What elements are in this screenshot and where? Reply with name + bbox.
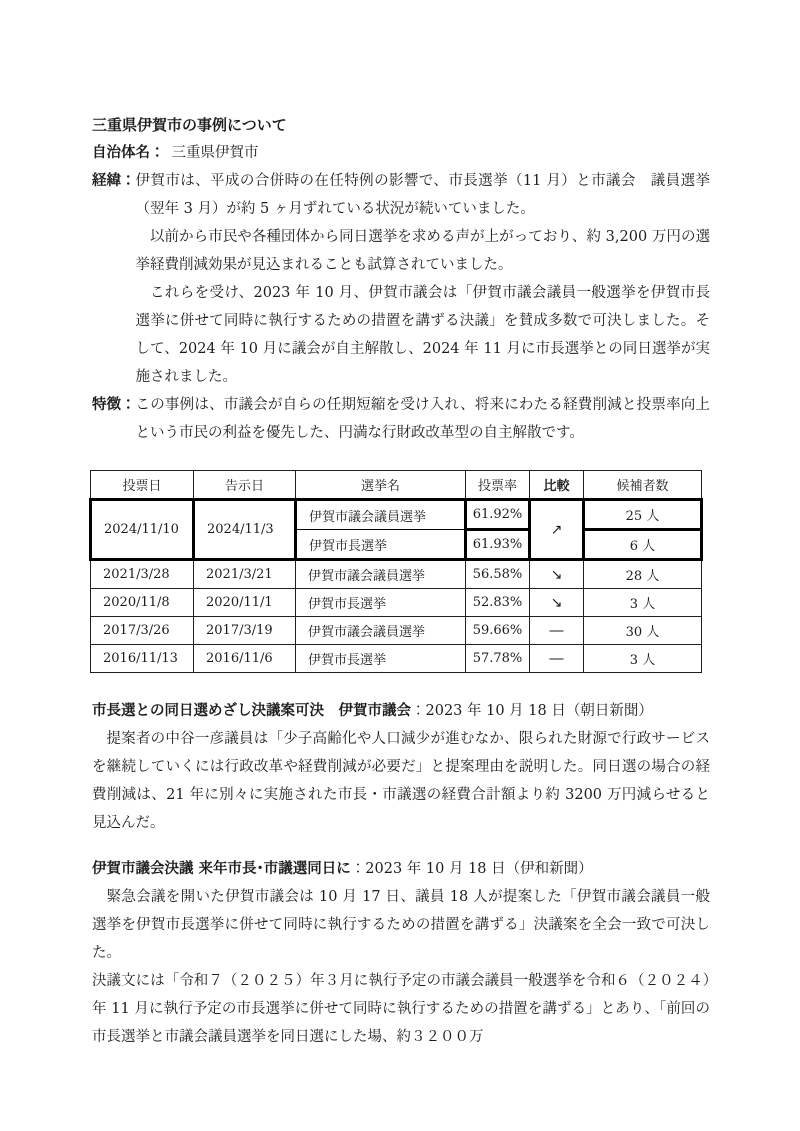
table-header-row: 投票日 告示日 選挙名 投票率 比較 候補者数: [91, 471, 702, 500]
field-municipality: 自治体名：三重県伊賀市: [92, 139, 710, 167]
article-paragraph: 決議文には「令和７（２０２５）年３月に執行予定の市議会議員一般選挙を令和６（２０…: [92, 967, 710, 1051]
cell-vote-date: 2017/3/26: [91, 617, 194, 645]
document-page: 三重県伊賀市の事例について 自治体名：三重県伊賀市 経緯： 伊賀市は、平成の合併…: [0, 0, 800, 1131]
cell-turnout: 52.83%: [466, 589, 530, 617]
article-heading-date: ：2023 年 10 月 18 日（伊和新聞）: [351, 861, 593, 877]
table-row: 2017/3/26 2017/3/19 伊賀市議会議員選挙 59.66% ― 3…: [91, 617, 702, 645]
cell-turnout: 59.66%: [466, 617, 530, 645]
trend-down-icon: ↘: [530, 589, 584, 617]
cell-election-name: 伊賀市議会議員選挙: [296, 560, 466, 589]
trend-up-icon: ↗: [530, 500, 584, 560]
cell-vote-date: 2024/11/10: [91, 500, 194, 560]
table-row: 2021/3/28 2021/3/21 伊賀市議会議員選挙 56.58% ↘ 2…: [91, 560, 702, 589]
municipality-value: 三重県伊賀市: [172, 145, 259, 161]
article-iwa: 伊賀市議会決議 来年市長･市議選同日に：2023 年 10 月 18 日（伊和新…: [92, 855, 710, 1051]
election-history-table: 投票日 告示日 選挙名 投票率 比較 候補者数 2024/11/10 2024/…: [89, 470, 703, 673]
table-row-2024-council: 2024/11/10 2024/11/3 伊賀市議会議員選挙 61.92% ↗ …: [91, 500, 702, 530]
history-body: 伊賀市は、平成の合併時の在任特例の影響で、市長選挙（11 月）と市議会 議員選挙…: [136, 167, 711, 391]
page-title: 三重県伊賀市の事例について: [92, 111, 710, 139]
trend-down-icon: ↘: [530, 560, 584, 589]
cell-candidates: 3 人: [584, 645, 702, 673]
cell-election-name: 伊賀市議会議員選挙: [296, 500, 466, 530]
header-comparison: 比較: [530, 471, 584, 500]
cell-election-name: 伊賀市議会議員選挙: [296, 617, 466, 645]
history-paragraph: 以前から市民や各種団体から同日選挙を求める声が上がっており、約 3,200 万円…: [136, 223, 711, 279]
header-notice-date: 告示日: [194, 471, 296, 500]
cell-candidates: 25 人: [584, 500, 702, 530]
trend-flat-icon: ―: [530, 645, 584, 673]
cell-turnout: 61.93%: [466, 530, 530, 560]
cell-vote-date: 2016/11/13: [91, 645, 194, 673]
cell-turnout: 56.58%: [466, 560, 530, 589]
cell-election-name: 伊賀市長選挙: [296, 530, 466, 560]
table-row: 2016/11/13 2016/11/6 伊賀市長選挙 57.78% ― 3 人: [91, 645, 702, 673]
cell-vote-date: 2020/11/8: [91, 589, 194, 617]
feature-label: 特徴：: [92, 391, 136, 447]
article-heading: 伊賀市議会決議 来年市長･市議選同日に：2023 年 10 月 18 日（伊和新…: [92, 855, 710, 883]
municipality-label: 自治体名：: [92, 145, 165, 161]
trend-flat-icon: ―: [530, 617, 584, 645]
cell-vote-date: 2021/3/28: [91, 560, 194, 589]
article-heading-date: ：2023 年 10 月 18 日（朝日新聞）: [411, 703, 653, 719]
cell-turnout: 57.78%: [466, 645, 530, 673]
history-paragraph: これらを受け、2023 年 10 月、伊賀市議会は「伊賀市議会議員一般選挙を伊賀…: [136, 279, 711, 391]
cell-election-name: 伊賀市長選挙: [296, 645, 466, 673]
feature-paragraph: この事例は、市議会が自らの任期短縮を受け入れ、将来にわたる経費削減と投票率向上と…: [136, 391, 711, 447]
cell-notice-date: 2020/11/1: [194, 589, 296, 617]
article-heading-title: 市長選との同日選めざし決議案可決 伊賀市議会: [92, 703, 411, 719]
cell-candidates: 3 人: [584, 589, 702, 617]
header-election-name: 選挙名: [296, 471, 466, 500]
article-heading-title: 伊賀市議会決議 来年市長･市議選同日に: [92, 861, 351, 877]
table-row: 2020/11/8 2020/11/1 伊賀市長選挙 52.83% ↘ 3 人: [91, 589, 702, 617]
cell-notice-date: 2024/11/3: [194, 500, 296, 560]
cell-candidates: 6 人: [584, 530, 702, 560]
header-candidates: 候補者数: [584, 471, 702, 500]
section-history: 経緯： 伊賀市は、平成の合併時の在任特例の影響で、市長選挙（11 月）と市議会 …: [92, 167, 710, 391]
history-paragraph: 伊賀市は、平成の合併時の在任特例の影響で、市長選挙（11 月）と市議会 議員選挙…: [136, 167, 711, 223]
cell-candidates: 30 人: [584, 617, 702, 645]
header-vote-date: 投票日: [91, 471, 194, 500]
article-asahi: 市長選との同日選めざし決議案可決 伊賀市議会：2023 年 10 月 18 日（…: [92, 697, 710, 837]
cell-notice-date: 2017/3/19: [194, 617, 296, 645]
feature-body: この事例は、市議会が自らの任期短縮を受け入れ、将来にわたる経費削減と投票率向上と…: [136, 391, 711, 447]
header-turnout: 投票率: [466, 471, 530, 500]
cell-notice-date: 2021/3/21: [194, 560, 296, 589]
cell-candidates: 28 人: [584, 560, 702, 589]
article-heading: 市長選との同日選めざし決議案可決 伊賀市議会：2023 年 10 月 18 日（…: [92, 697, 710, 725]
history-label: 経緯：: [92, 167, 136, 391]
cell-notice-date: 2016/11/6: [194, 645, 296, 673]
article-paragraph: 提案者の中谷一彦議員は「少子高齢化や人口減少が進むなか、限られた財源で行政サービ…: [92, 725, 710, 837]
article-paragraph: 緊急会議を開いた伊賀市議会は 10 月 17 日、議員 18 人が提案した「伊賀…: [92, 883, 710, 967]
section-feature: 特徴： この事例は、市議会が自らの任期短縮を受け入れ、将来にわたる経費削減と投票…: [92, 391, 710, 447]
cell-election-name: 伊賀市長選挙: [296, 589, 466, 617]
cell-turnout: 61.92%: [466, 500, 530, 530]
